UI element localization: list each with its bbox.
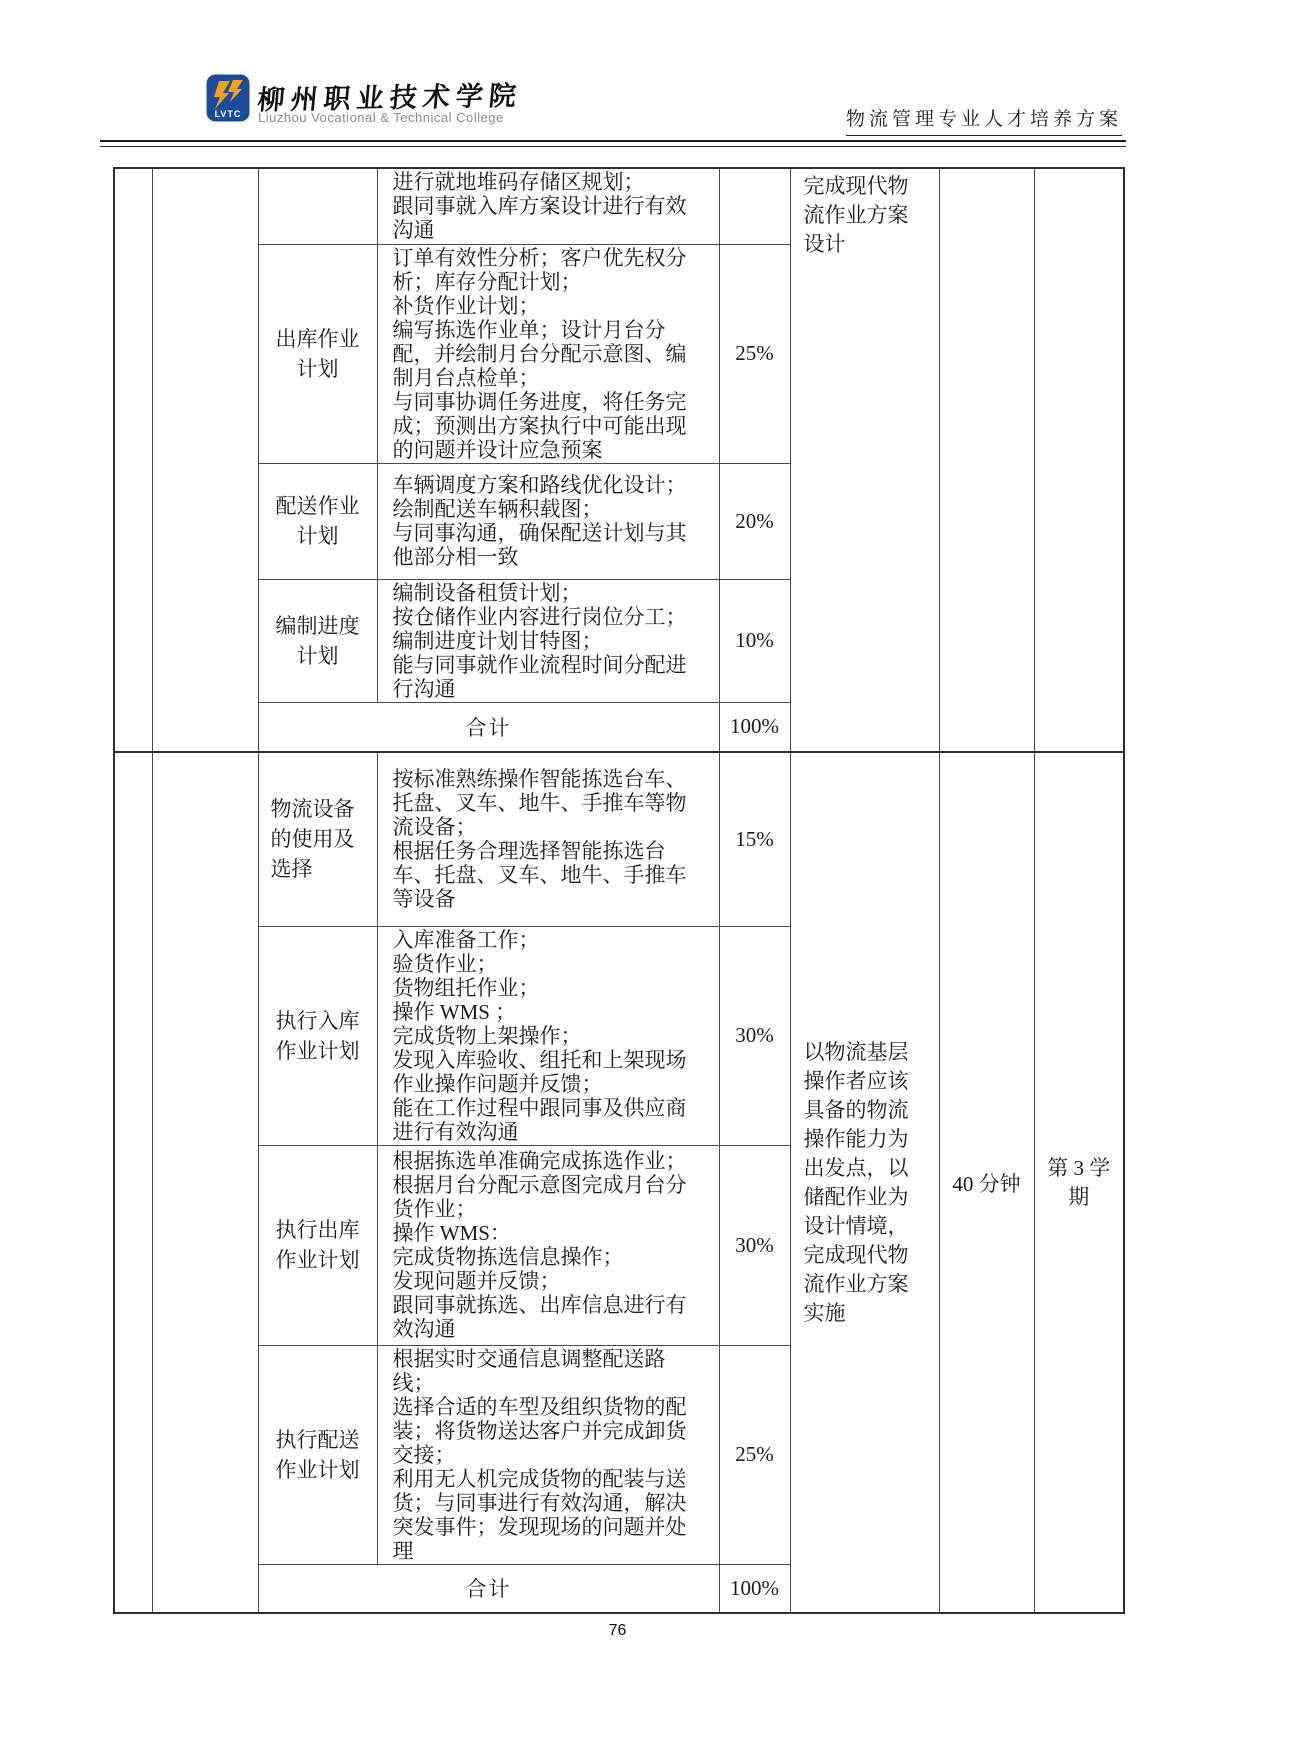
description-cell: 进行就地堆码存储区规划； 跟同事就入库方案设计进行有效沟通 [377,168,719,244]
weight-cell: 10% [719,579,790,702]
weight-cell: 30% [719,926,790,1145]
total-label-cell: 合计 [258,702,719,752]
description-cell: 订单有效性分析；客户优先权分析；库存分配计划； 补货作业计划； 编写拣选作业单；… [377,244,719,463]
logo-abbreviation: LVTC [215,109,242,119]
weight-cell: 25% [719,244,790,463]
semester-cell [1034,168,1124,752]
task-cell: 出库作业计划 [258,244,377,463]
description-cell: 根据拣选单准确完成拣选作业； 根据月台分配示意图完成月台分货作业； 操作 WMS… [377,1145,719,1345]
task-cell: 执行出库作业计划 [258,1145,377,1345]
task-cell: 配送作业计划 [258,463,377,579]
header-rule-thin [100,146,1126,147]
description-cell: 编制设备租赁计划； 按仓储作业内容进行岗位分工； 编制进度计划甘特图； 能与同事… [377,579,719,702]
total-label-cell: 合计 [258,1564,719,1613]
document-title: 物流管理专业人才培养方案 [846,104,1122,136]
row-group-cell [114,752,152,1613]
total-value-cell: 100% [719,702,790,752]
duration-cell [939,168,1034,752]
outcome-cell: 以物流基层操作者应该具备的物流操作能力为出发点，以储配作业为设计情境，完成现代物… [790,752,939,1613]
college-name-english: Liuzhou Vocational & Technical College [258,110,504,125]
college-logo: LVTC [206,74,250,122]
row-group-cell [152,168,258,752]
task-cell: 执行入库作业计划 [258,926,377,1145]
weight-cell: 30% [719,1145,790,1345]
header-rule-thick [100,140,1126,142]
page-number: 76 [0,1622,1235,1640]
semester-cell: 第 3 学期 [1034,752,1124,1613]
task-cell [258,168,377,244]
outcome-cell: 完成现代物流作业方案设计 [790,168,939,752]
duration-cell: 40 分钟 [939,752,1034,1613]
task-cell: 编制进度计划 [258,579,377,702]
description-cell: 按标准熟练操作智能拣选台车、托盘、叉车、地牛、手推车等物流设备； 根据任务合理选… [377,752,719,926]
task-cell: 执行配送作业计划 [258,1345,377,1564]
assessment-table: 进行就地堆码存储区规划； 跟同事就入库方案设计进行有效沟通 完成现代物流作业方案… [113,167,1125,1614]
total-value-cell: 100% [719,1564,790,1613]
row-group-cell [152,752,258,1613]
weight-cell: 25% [719,1345,790,1564]
weight-cell [719,168,790,244]
row-group-cell [114,168,152,752]
task-cell: 物流设备的使用及选择 [258,752,377,926]
description-cell: 根据实时交通信息调整配送路线； 选择合适的车型及组织货物的配装；将货物送达客户并… [377,1345,719,1564]
weight-cell: 15% [719,752,790,926]
document-page: LVTC 柳州职业技术学院 Liuzhou Vocational & Techn… [0,0,1299,1754]
weight-cell: 20% [719,463,790,579]
description-cell: 车辆调度方案和路线优化设计； 绘制配送车辆积载图； 与同事沟通，确保配送计划与其… [377,463,719,579]
description-cell: 入库准备工作； 验货作业； 货物组托作业； 操作 WMS ； 完成货物上架操作；… [377,926,719,1145]
